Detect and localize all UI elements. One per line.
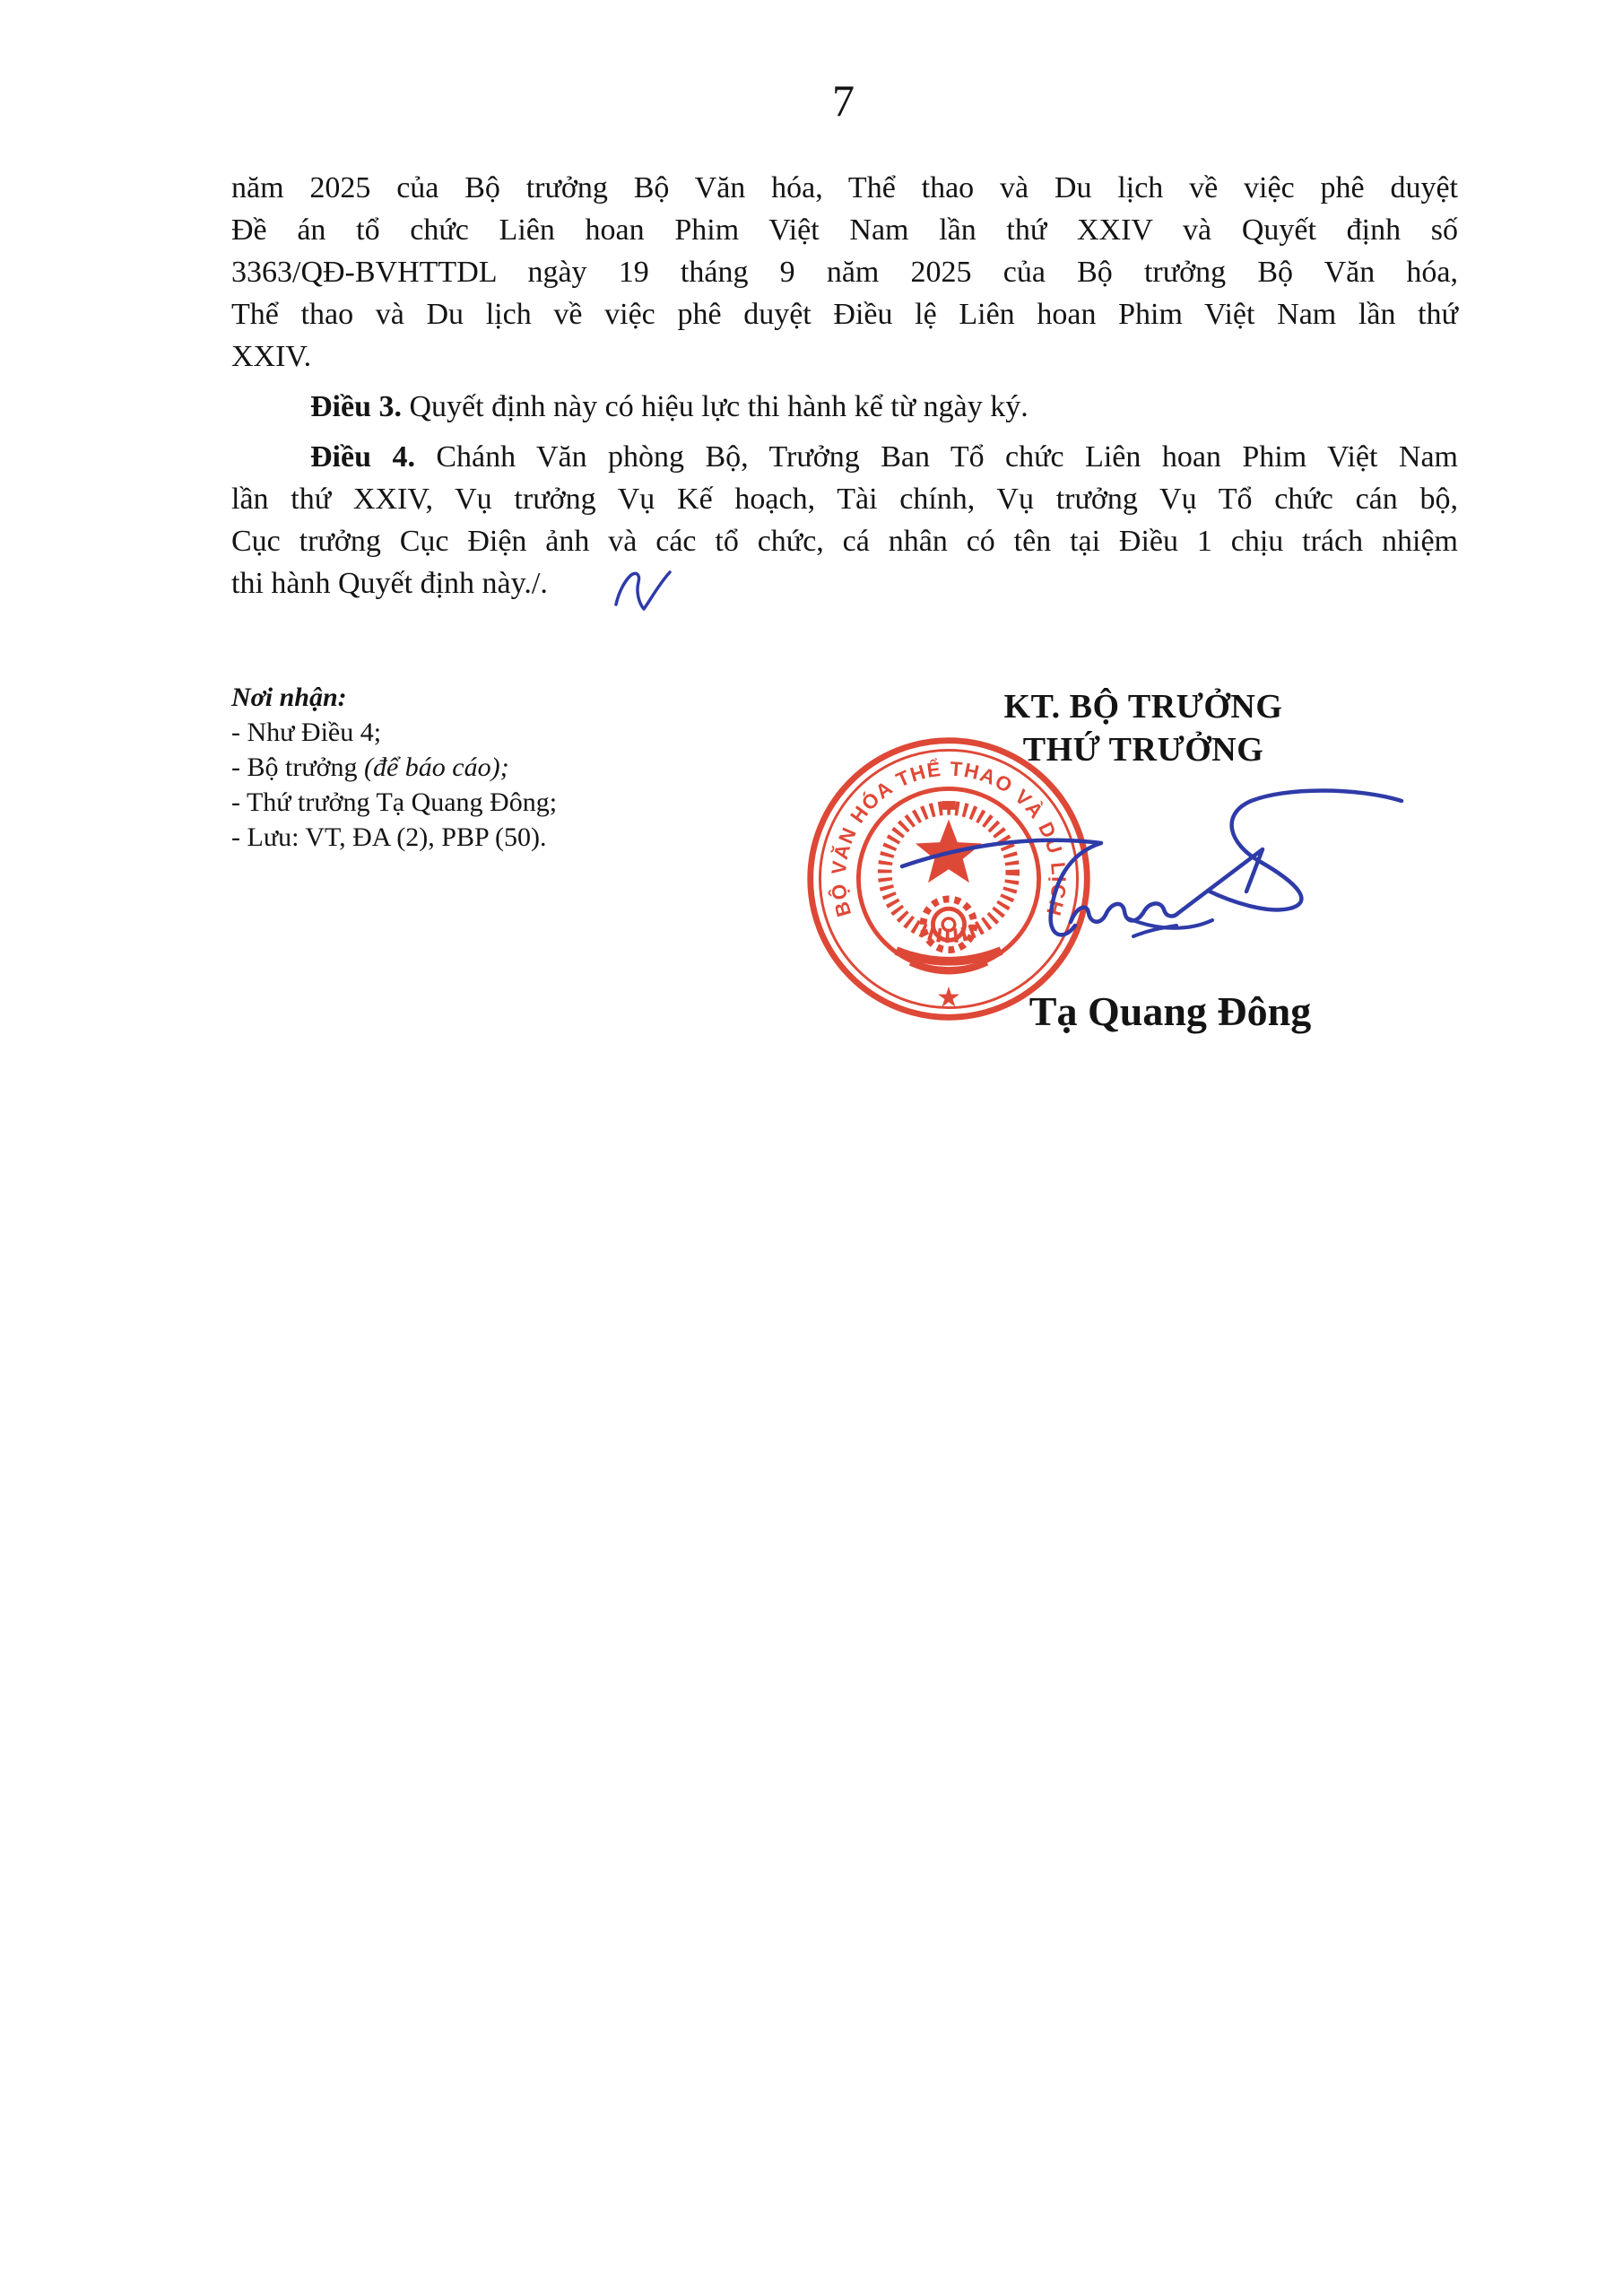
text-segment: - Như Điều 4; [231, 717, 381, 747]
text-line: Cục trưởng Cục Điện ảnh và các tổ chức, … [231, 520, 1458, 562]
text-line: Điều 4. Chánh Văn phòng Bộ, Trưởng Ban T… [231, 436, 1458, 478]
signature-stroke-loop [1208, 791, 1402, 910]
signature-paraph [587, 538, 686, 628]
paragraph-continuation: năm 2025 của Bộ trưởng Bộ Văn hóa, Thể t… [231, 167, 1458, 378]
page-number: 7 [832, 77, 855, 124]
text-line: Điều 3. Quyết định này có hiệu lực thi h… [231, 386, 1458, 428]
recipient-item: - Thứ trưởng Tạ Quang Đông; [231, 785, 733, 820]
text-line: 3363/QĐ-BVHTTDL ngày 19 tháng 9 năm 2025… [231, 251, 1458, 293]
text-line: năm 2025 của Bộ trưởng Bộ Văn hóa, Thể t… [231, 167, 1458, 209]
recipient-item: - Như Điều 4; [231, 715, 733, 750]
paragraph-article-4: Điều 4. Chánh Văn phòng Bộ, Trưởng Ban T… [231, 436, 1458, 604]
text-segment: XXIV. [231, 340, 311, 373]
text-line: Thể thao và Du lịch về việc phê duyệt Đi… [231, 293, 1458, 335]
text-segment: - Lưu: VT, ĐA (2), PBP (50). [231, 822, 547, 852]
recipients-block: Nơi nhận: - Như Điều 4;- Bộ trưởng (để b… [231, 680, 733, 855]
text-segment: lần thứ XXIV, Vụ trưởng Vụ Kế hoạch, Tài… [231, 483, 1458, 516]
text-segment: Cục trưởng Cục Điện ảnh và các tổ chức, … [231, 525, 1458, 558]
text-segment: Chánh Văn phòng Bộ, Trưởng Ban Tổ chức L… [415, 440, 1458, 474]
text-segment: Thể thao và Du lịch về việc phê duyệt Đi… [231, 298, 1458, 331]
paragraph-article-3: Điều 3. Quyết định này có hiệu lực thi h… [231, 386, 1458, 428]
text-segment: năm 2025 của Bộ trưởng Bộ Văn hóa, Thể t… [231, 171, 1458, 204]
document-body: năm 2025 của Bộ trưởng Bộ Văn hóa, Thể t… [231, 167, 1458, 604]
text-segment: - Bộ trưởng [231, 752, 364, 782]
text-segment: (để báo cáo); [364, 752, 509, 782]
signature-stroke-underline [1128, 918, 1212, 936]
recipient-item: - Bộ trưởng (để báo cáo); [231, 750, 733, 785]
signer-name: Tạ Quang Đông [977, 988, 1363, 1035]
recipients-list: - Như Điều 4;- Bộ trưởng (để báo cáo);- … [231, 715, 733, 855]
signature-stroke-scribble [1071, 849, 1263, 922]
text-line: thi hành Quyết định này./. [231, 562, 1458, 604]
text-segment: Điều 4. [310, 440, 415, 474]
authority-line-1: KT. BỘ TRƯỞNG [933, 685, 1354, 728]
recipients-title: Nơi nhận: [231, 680, 733, 715]
text-line: lần thứ XXIV, Vụ trưởng Vụ Kế hoạch, Tài… [231, 478, 1458, 520]
text-segment: Đề án tổ chức Liên hoan Phim Việt Nam lầ… [231, 213, 1458, 247]
text-segment: 3363/QĐ-BVHTTDL ngày 19 tháng 9 năm 2025… [231, 256, 1458, 289]
recipient-item: - Lưu: VT, ĐA (2), PBP (50). [231, 820, 733, 855]
signature-paraph-stroke [616, 572, 670, 609]
text-segment: - Thứ trưởng Tạ Quang Đông; [231, 787, 557, 817]
text-segment: Điều 3. [310, 390, 402, 423]
text-segment: Quyết định này có hiệu lực thi hành kể t… [402, 390, 1028, 423]
signature-ink [879, 762, 1435, 1022]
text-segment: thi hành Quyết định này./. [231, 567, 548, 600]
document-page: 7 năm 2025 của Bộ trưởng Bộ Văn hóa, Thể… [0, 0, 1623, 2296]
text-line: XXIV. [231, 335, 1458, 378]
text-line: Đề án tổ chức Liên hoan Phim Việt Nam lầ… [231, 209, 1458, 251]
